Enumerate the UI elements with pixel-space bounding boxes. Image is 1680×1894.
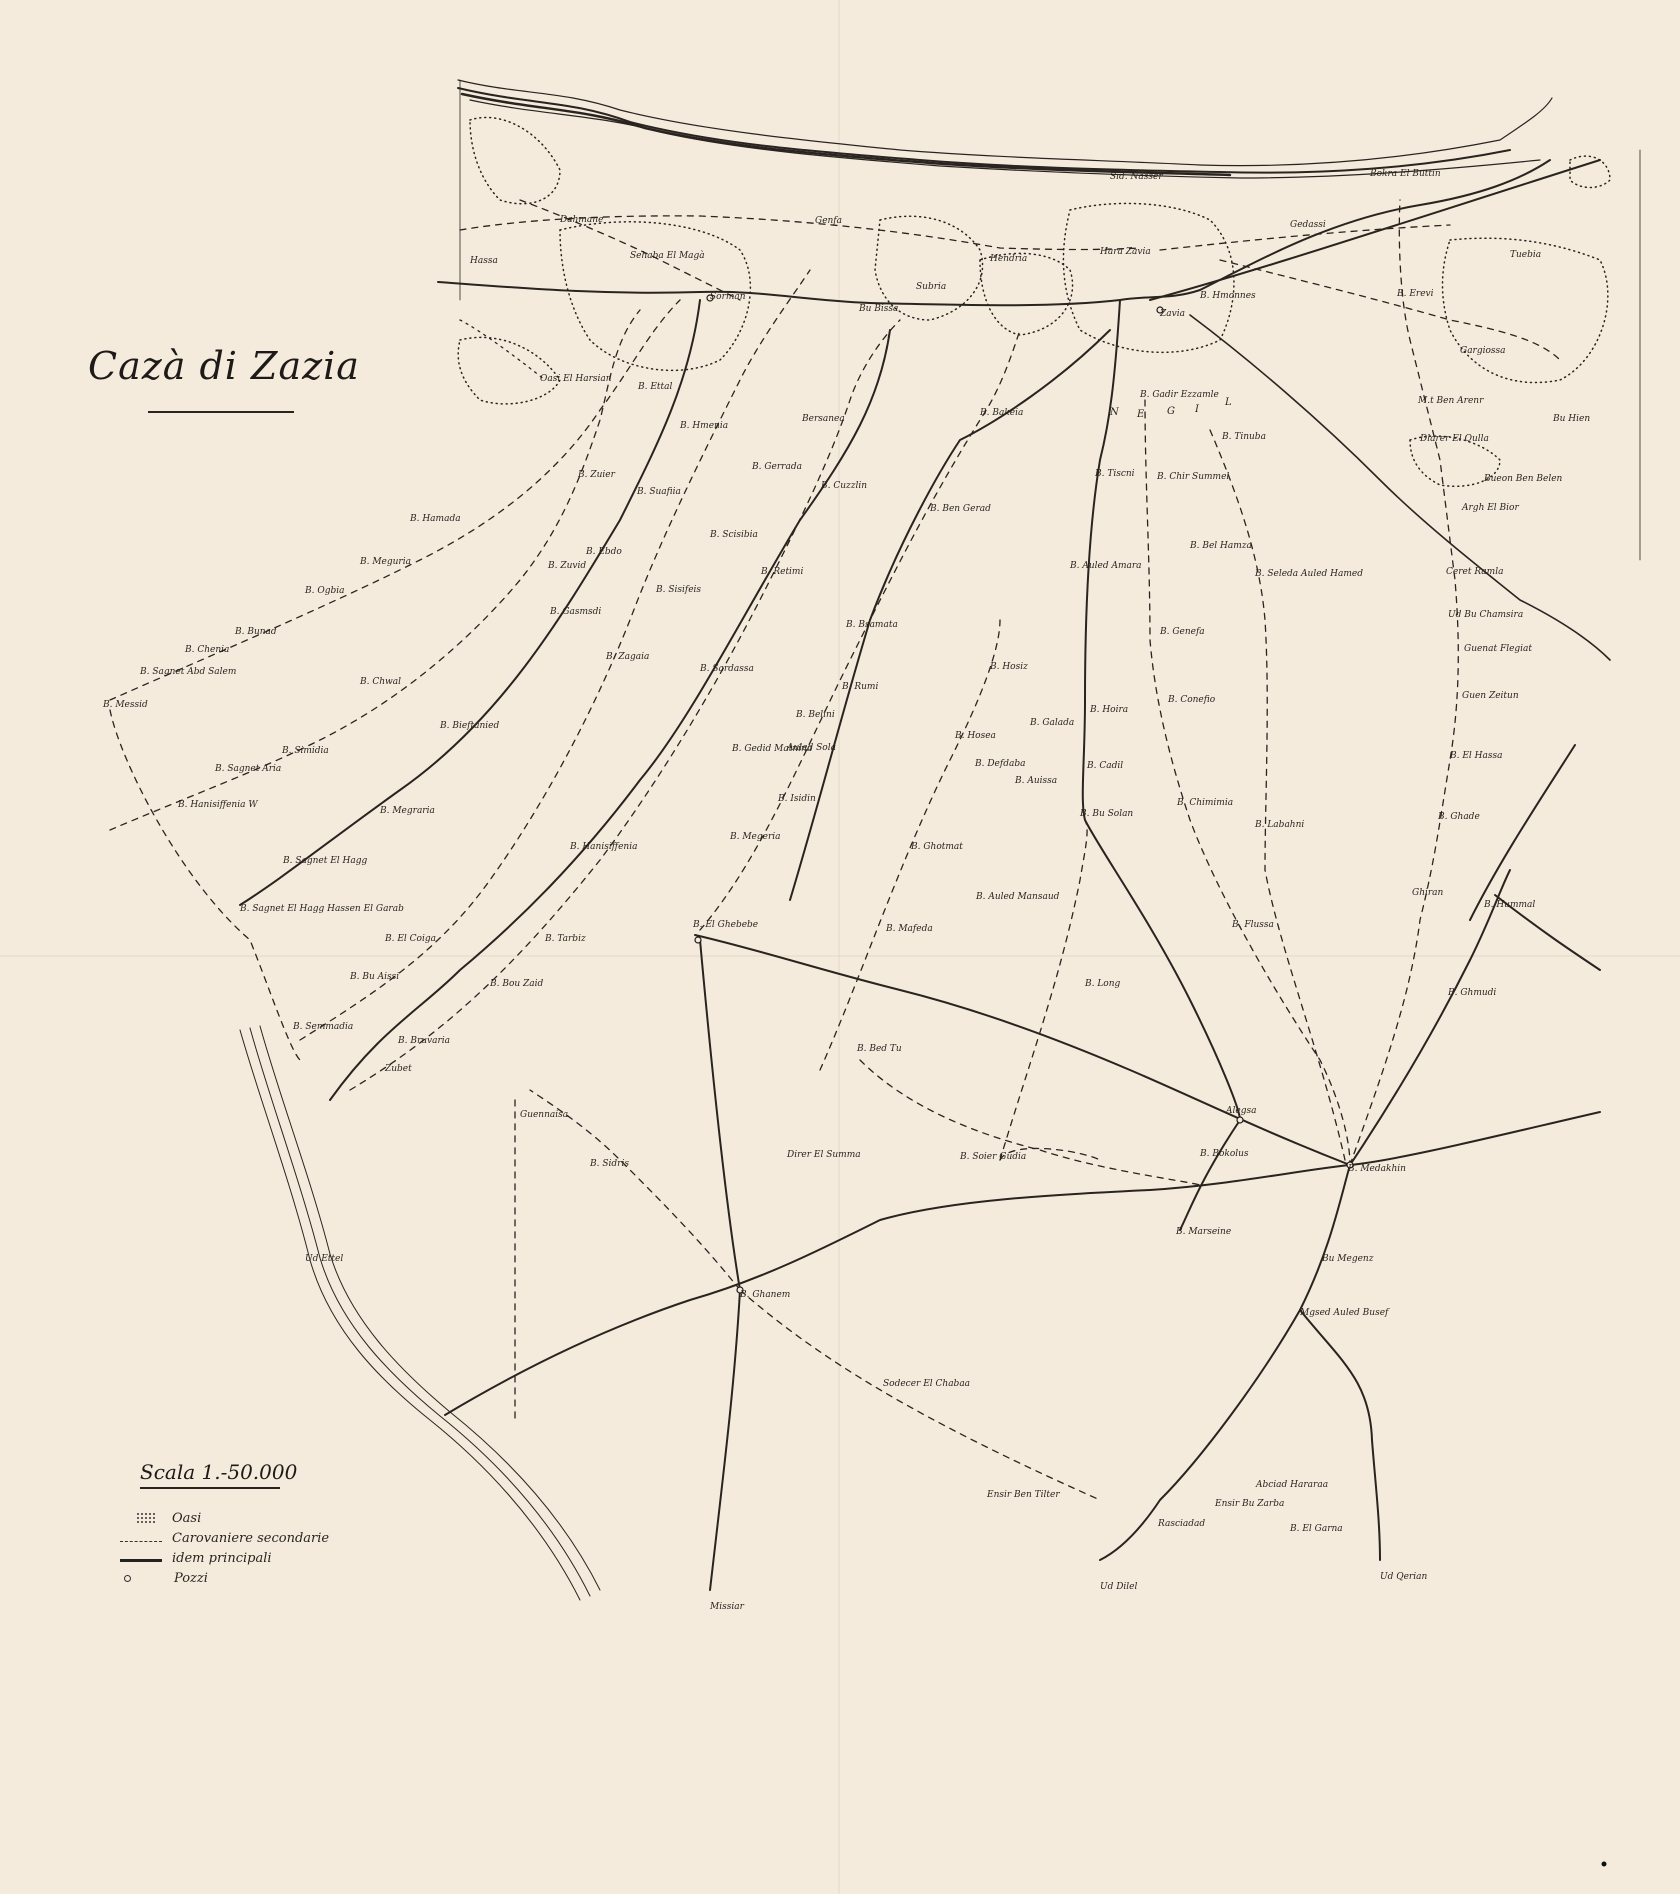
place-label: B. Mafeda xyxy=(886,924,933,934)
place-label: Mgsed Auled Busef xyxy=(1300,1308,1388,1318)
place-label: Zubet xyxy=(385,1064,412,1074)
place-label: B. Bed Tu xyxy=(857,1044,902,1054)
place-label: B. Bel Hamza xyxy=(1190,541,1252,551)
place-label: B. Isidin xyxy=(778,794,816,804)
bottom-dot xyxy=(1602,1862,1607,1867)
place-label: B. Sagnet Aria xyxy=(215,764,281,774)
place-label: Bokra El Buttin xyxy=(1370,169,1441,179)
place-label: B. Ogbia xyxy=(305,586,344,596)
place-label: B. Galada xyxy=(1030,718,1074,728)
place-label: B. Seleda Auled Hamed xyxy=(1255,569,1363,579)
legend: Oasi Carovaniere secondarie idem princip… xyxy=(120,1508,360,1588)
place-label: B. Scisibia xyxy=(710,530,758,540)
place-label: B. Genefa xyxy=(1160,627,1205,637)
place-label: B. Hosea xyxy=(955,731,996,741)
place-label: B. Hmonnes xyxy=(1200,291,1256,301)
place-label: B. El Ghebebe xyxy=(693,920,758,930)
place-label: B. Cadil xyxy=(1087,761,1123,771)
place-label: B. Conefio xyxy=(1168,695,1215,705)
place-label: B. Zuvid xyxy=(548,561,586,571)
place-label: B. El Hassa xyxy=(1450,751,1502,761)
place-label: B. Simidia xyxy=(282,746,329,756)
place-label: B. Tarbiz xyxy=(545,934,586,944)
place-label: B. Sagnet El Hagg xyxy=(283,856,367,866)
svg-text:L: L xyxy=(1224,397,1232,408)
place-label: Bu Hien xyxy=(1553,414,1590,424)
place-label: B. Gerrada xyxy=(752,462,802,472)
place-label: B. Hosiz xyxy=(990,662,1028,672)
place-label: B. Rumi xyxy=(842,682,878,692)
place-label: Ensir Bu Zarba xyxy=(1215,1499,1284,1509)
place-label: Ceret Ramla xyxy=(1446,567,1503,577)
place-label: B. Auissa xyxy=(1015,776,1057,786)
place-label: B. Zagaia xyxy=(606,652,649,662)
place-label: B. Auled Mansaud xyxy=(976,892,1059,902)
place-label: B. Flussa xyxy=(1232,920,1274,930)
place-label: Guen Zeitun xyxy=(1462,691,1519,701)
place-label: B. Retimi xyxy=(761,567,803,577)
place-label: Dahmane xyxy=(560,215,603,225)
region-letters: NEG IL xyxy=(1109,397,1232,420)
place-label: B. Hamada xyxy=(410,514,461,524)
place-label: Bueon Ben Belen xyxy=(1484,474,1562,484)
place-label: Sid. Nasser xyxy=(1110,172,1163,182)
scale-underline xyxy=(140,1487,280,1489)
place-label: B. Bu Solan xyxy=(1080,809,1133,819)
principal-routes xyxy=(240,160,1610,1590)
place-label: B. Hoira xyxy=(1090,705,1128,715)
place-label: B. El Garna xyxy=(1290,1524,1343,1534)
place-label: Genfa xyxy=(815,216,842,226)
place-label: B. Hanisiffenia W xyxy=(178,800,258,810)
place-label: Hara Zavia xyxy=(1100,247,1151,257)
svg-text:N: N xyxy=(1109,407,1120,418)
place-label: B. Semmadia xyxy=(293,1022,353,1032)
place-label: B. Gasmsdi xyxy=(550,607,601,617)
oasis-symbol-icon xyxy=(136,1512,156,1524)
place-label: Alegsa xyxy=(1226,1106,1256,1116)
legend-item-secondary-route: Carovaniere secondarie xyxy=(120,1528,360,1548)
place-label: Ud Qerian xyxy=(1380,1572,1427,1582)
place-label: B. Marseine xyxy=(1176,1227,1231,1237)
place-label: B. Bunad xyxy=(235,627,277,637)
place-label: Ghiran xyxy=(1412,888,1443,898)
svg-text:I: I xyxy=(1194,404,1200,415)
place-label: B. Medakhin xyxy=(1348,1164,1406,1174)
place-label: Hassa xyxy=(470,256,498,266)
place-label: Ud Bu Chamsira xyxy=(1448,610,1523,620)
scale-label: Scala 1.-50.000 xyxy=(140,1460,297,1484)
well-circle-icon xyxy=(124,1575,131,1582)
place-label: B. Bokolus xyxy=(1200,1149,1249,1159)
place-label: B. Bsamata xyxy=(846,620,898,630)
place-label: Gargiossa xyxy=(1460,346,1506,356)
place-label: B. Chimimia xyxy=(1177,798,1233,808)
legend-label: Pozzi xyxy=(174,1571,208,1586)
place-label: B. Erevi xyxy=(1397,289,1434,299)
place-label: B. Labahni xyxy=(1255,820,1304,830)
place-label: Guenat Flegiat xyxy=(1464,644,1532,654)
place-label: Guennaisa xyxy=(520,1110,568,1120)
place-label: Bu Bissa xyxy=(859,304,898,314)
place-label: B. Megraria xyxy=(380,806,435,816)
place-label: B. Hanisiffenia xyxy=(570,842,637,852)
place-label: B. Tinuba xyxy=(1222,432,1266,442)
place-label: B. Hummal xyxy=(1484,900,1535,910)
place-label: B. Sagnet Abd Salem xyxy=(140,667,236,677)
place-label: Sehaba El Magà xyxy=(630,251,705,261)
place-label: B. Megeria xyxy=(730,832,781,842)
place-label: B. Messid xyxy=(103,700,148,710)
place-label: Tuebia xyxy=(1510,250,1541,260)
place-label: Bu Megenz xyxy=(1322,1254,1373,1264)
place-label: B. Soier Gudia xyxy=(960,1152,1026,1162)
place-label: Sorman xyxy=(710,292,746,302)
legend-item-principal-route: idem principali xyxy=(120,1548,360,1568)
place-label: Ensir Ben Tilter xyxy=(987,1490,1060,1500)
place-label: Direr El Summa xyxy=(787,1150,861,1160)
place-label: B. Ghanem xyxy=(740,1290,790,1300)
place-label: Oasi El Harsian xyxy=(540,374,612,384)
legend-label: Oasi xyxy=(172,1511,201,1526)
secondary-routes xyxy=(110,200,1560,1500)
place-label: Abciad Hararaa xyxy=(1256,1480,1328,1490)
svg-text:G: G xyxy=(1167,406,1175,417)
place-label: B. Bieftanied xyxy=(440,721,499,731)
place-label: Missiar xyxy=(710,1602,744,1612)
place-label: Rasciadad xyxy=(1158,1519,1205,1529)
place-label: Auled Sola xyxy=(787,743,836,753)
legend-item-oasis: Oasi xyxy=(120,1508,360,1528)
place-label: B. Meguria xyxy=(360,557,411,567)
place-label: B. Bou Zaid xyxy=(490,979,543,989)
place-label: Ud Ettel xyxy=(305,1254,343,1264)
legend-label: idem principali xyxy=(172,1551,272,1566)
place-label: B. Tiscni xyxy=(1095,469,1135,479)
place-label: B. Defdaba xyxy=(975,759,1025,769)
place-label: B. Ettal xyxy=(638,382,672,392)
legend-label: Carovaniere secondarie xyxy=(172,1531,329,1546)
place-label: B. Chenia xyxy=(185,645,229,655)
place-label: B. Sardassa xyxy=(700,664,754,674)
place-label: B. Bruvaria xyxy=(398,1036,450,1046)
map-sheet: NEG IL Sid. NasserHara ZaviaZaviaB. Hmon… xyxy=(0,0,1680,1894)
place-label: Zavia xyxy=(1160,309,1185,319)
place-label: B. Zuier xyxy=(578,470,615,480)
svg-text:E: E xyxy=(1136,409,1145,420)
place-label: B. Hmenia xyxy=(680,421,728,431)
place-label: B. Ben Gerad xyxy=(930,504,991,514)
map-canvas: NEG IL xyxy=(0,0,1680,1894)
place-label: B. Gadir Ezzamle xyxy=(1140,390,1219,400)
place-label: M.t Ben Arenr xyxy=(1418,396,1483,406)
place-label: B. Bu Aissi xyxy=(350,972,399,982)
place-label: B. Sidris xyxy=(590,1159,629,1169)
place-label: Bersanea xyxy=(802,414,845,424)
dashed-line-icon xyxy=(120,1541,162,1542)
place-label: B. Ghmudi xyxy=(1448,988,1496,998)
place-label: B. Bakeia xyxy=(980,408,1023,418)
place-label: Sodecer El Chabaa xyxy=(883,1379,970,1389)
place-label: B. Auled Amara xyxy=(1070,561,1142,571)
place-label: B. Belini xyxy=(796,710,835,720)
place-label: B. Chir Summel xyxy=(1157,472,1229,482)
place-label: B. Suafiia xyxy=(637,487,681,497)
place-label: Argh El Bior xyxy=(1462,503,1519,513)
legend-item-well: Pozzi xyxy=(120,1568,360,1588)
solid-line-icon xyxy=(120,1559,162,1562)
place-label: Dlarer El Qulla xyxy=(1420,434,1489,444)
place-label: B. Sisifeis xyxy=(656,585,701,595)
place-label: Gedassi xyxy=(1290,220,1326,230)
coastline xyxy=(458,80,1552,178)
place-label: B. Cuzzlin xyxy=(821,481,867,491)
place-label: Hendria xyxy=(990,254,1027,264)
place-label: B. Sagnet El Hagg Hassen El Garab xyxy=(240,904,404,914)
map-title: Cazà di Zazia xyxy=(88,344,360,388)
place-label: B. Ghotmat xyxy=(911,842,963,852)
place-label: B. Ghade xyxy=(1438,812,1480,822)
place-label: B. Long xyxy=(1085,979,1120,989)
place-label: Subria xyxy=(916,282,946,292)
place-label: B. El Coiga xyxy=(385,934,436,944)
place-label: B. Ebdo xyxy=(586,547,622,557)
place-label: Ud Dilel xyxy=(1100,1582,1137,1592)
title-underline xyxy=(148,411,294,413)
place-label: B. Chwal xyxy=(360,677,401,687)
